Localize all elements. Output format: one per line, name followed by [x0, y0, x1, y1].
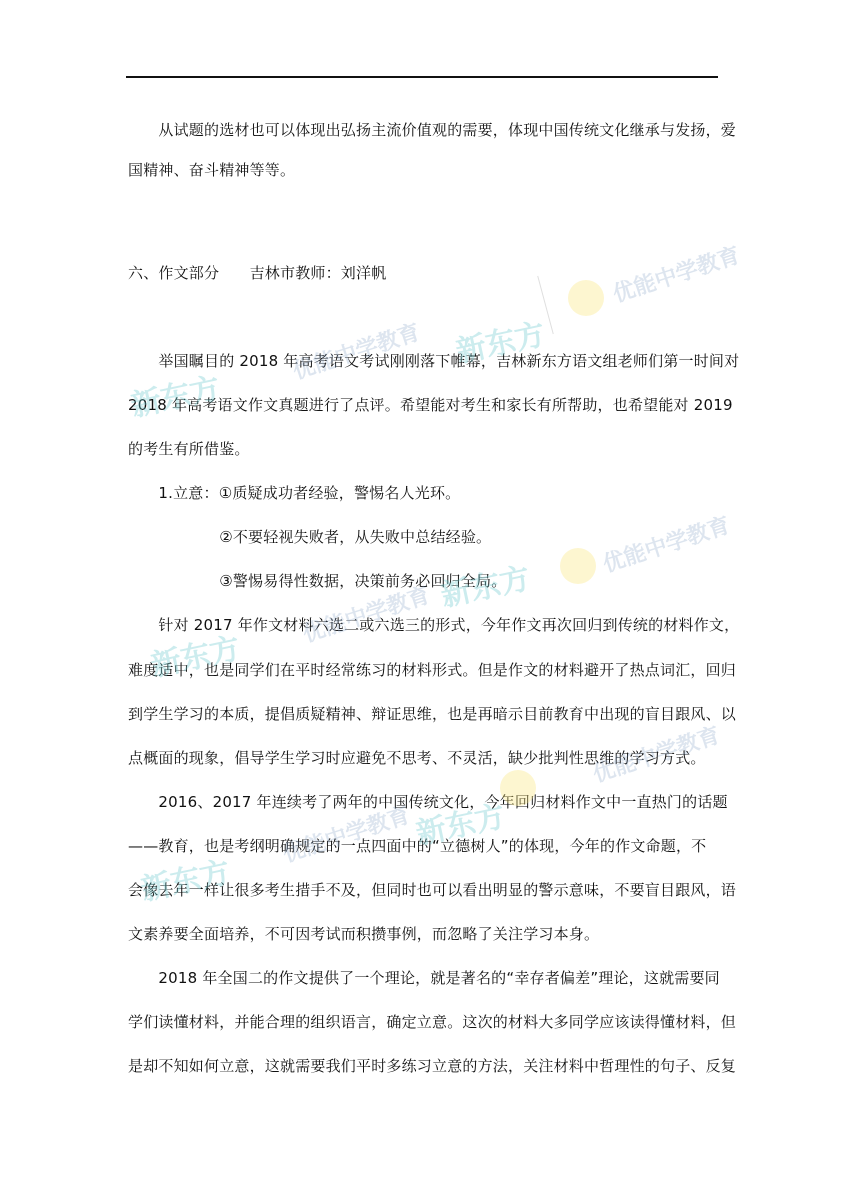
- watermark-youneng: 优能中学教育: [608, 238, 743, 308]
- text-line: 学们读懂材料，并能合理的组织语言，确定立意。这次的材料大多同学应该读得懂材料，但: [128, 1012, 736, 1032]
- text-line: 到学生学习的本质，提倡质疑精神、辩证思维，也是再暗示目前教育中出现的盲目跟风、以: [128, 704, 736, 724]
- text-line: 会像去年一样让很多考生措手不及，但同时也可以看出明显的警示意味，不要盲目跟风，语: [128, 880, 736, 900]
- watermark-logo-icon: [568, 280, 604, 316]
- text-line: 从试题的选材也可以体现出弘扬主流价值观的需要，体现中国传统文化继承与发扬，爱: [128, 120, 736, 140]
- text-line: 难度适中，也是同学们在平时经常练习的材料形式。但是作文的材料避开了热点词汇，回归: [128, 660, 736, 680]
- text-line: 六、作文部分 吉林市教师：刘洋帆: [128, 263, 386, 283]
- text-line: ③警惕易得性数据，决策前务必回归全局。: [128, 571, 506, 591]
- text-line: 2016、2017 年连续考了两年的中国传统文化，今年回归材料作文中一直热门的话…: [128, 792, 728, 812]
- header-rule: [126, 76, 718, 78]
- text-line: 1.立意：①质疑成功者经验，警惕名人光环。: [128, 483, 460, 503]
- watermark-xdf: 新东方: [126, 363, 223, 425]
- watermark-divider: [537, 276, 553, 334]
- text-line: 2018 年全国二的作文提供了一个理论，就是著名的“幸存者偏差”理论，这就需要同: [128, 968, 720, 988]
- watermark-logo-icon: [560, 548, 596, 584]
- text-line: 举国瞩目的 2018 年高考语文考试刚刚落下帷幕，吉林新东方语文组老师们第一时间…: [128, 351, 739, 371]
- text-line: 文素养要全面培养，不可因考试而积攒事例，而忽略了关注学习本身。: [128, 924, 599, 944]
- text-line: 针对 2017 年作文材料六选二或六选三的形式，今年作文再次回归到传统的材料作文…: [128, 615, 739, 635]
- text-line: ②不要轻视失败者，从失败中总结经验。: [128, 527, 491, 547]
- watermark-youneng: 优能中学教育: [598, 508, 733, 578]
- text-line: 是却不知如何立意，这就需要我们平时多练习立意的方法，关注材料中哲理性的句子、反复: [128, 1056, 736, 1076]
- text-line: 的考生有所借鉴。: [128, 439, 250, 459]
- text-line: 点概面的现象，倡导学生学习时应避免不思考、不灵活，缺少批判性思维的学习方式。: [128, 748, 706, 768]
- text-line: 国精神、奋斗精神等等。: [128, 160, 295, 180]
- text-line: 2018 年高考语文作文真题进行了点评。希望能对考生和家长有所帮助，也希望能对 …: [128, 395, 733, 415]
- text-line: ——教育，也是考纲明确规定的一点四面中的“立德树人”的体现，今年的作文命题，不: [128, 836, 706, 856]
